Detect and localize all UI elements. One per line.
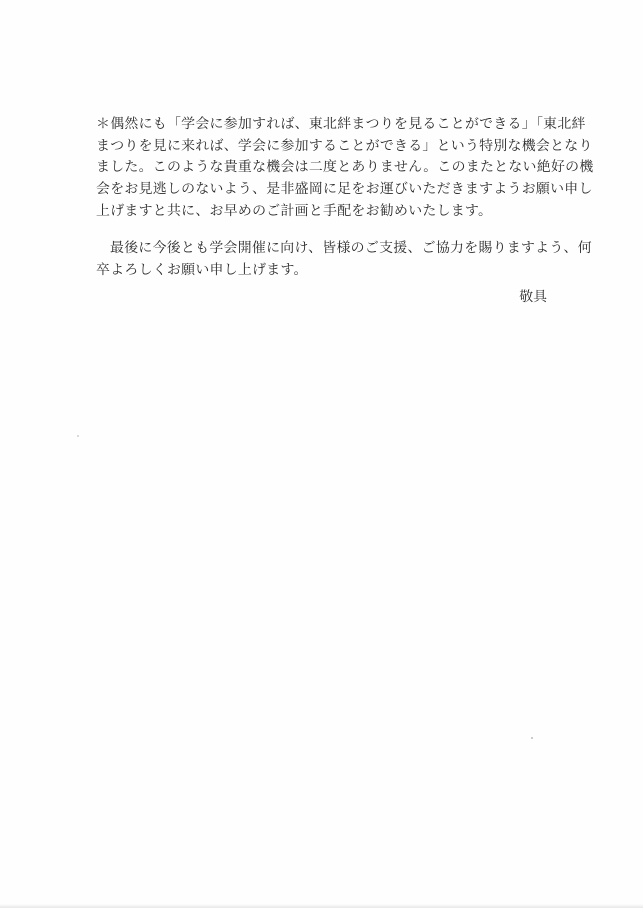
closing-salutation: 敬具 (519, 289, 547, 305)
paragraph-1-line-5: 上げますと共に、お早めのご計画と手配をお勧めいたします。 (96, 203, 492, 219)
paragraph-1-line-3: ました。このような貴重な機会は二度とありません。このまたとない絶好の機 (96, 159, 594, 175)
paragraph-1-line-1: ＊偶然にも「学会に参加すれば、東北絆まつりを見ることができる」「東北絆 (96, 116, 586, 132)
paragraph-1-line-4: 会をお見逃しのないよう、是非盛岡に足をお運びいただきますようお願い申し (96, 181, 593, 197)
paragraph-2-line-1: 最後に今後とも学会開催に向け、皆様のご支援、ご協力を賜りますよう、何 (110, 240, 592, 256)
paragraph-1-line-2: まつりを見に来れば、学会に参加することができる」という特別な機会となり (96, 138, 593, 154)
paragraph-2-line-2: 卒よろしくお願い申し上げます。 (96, 262, 308, 278)
document-page: ＊偶然にも「学会に参加すれば、東北絆まつりを見ることができる」「東北絆 まつりを… (0, 0, 643, 908)
scan-speck (77, 435, 79, 437)
scan-speck (531, 737, 533, 739)
page-bottom-edge (0, 904, 643, 908)
